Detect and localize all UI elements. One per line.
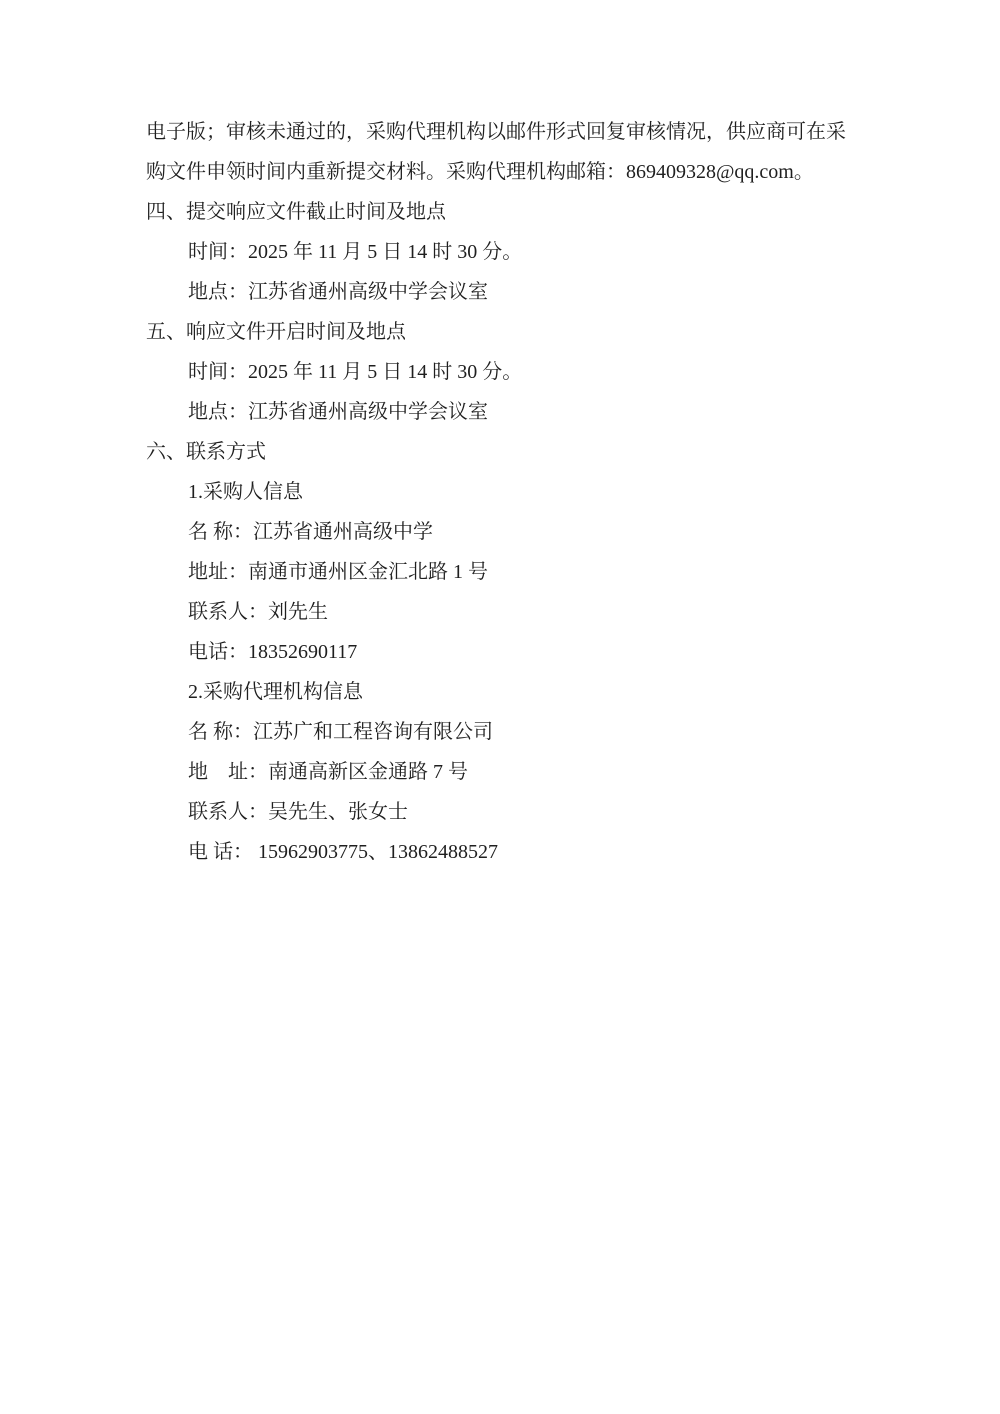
section-5-heading: 五、响应文件开启时间及地点: [146, 312, 856, 352]
section-5-opening-location: 地点：江苏省通州高级中学会议室: [146, 392, 856, 432]
section-4-deadline-location: 地点：江苏省通州高级中学会议室: [146, 272, 856, 312]
agency-contact-person: 联系人：吴先生、张女士: [146, 792, 856, 832]
section-4-heading: 四、提交响应文件截止时间及地点: [146, 192, 856, 232]
section-6-heading: 六、联系方式: [146, 432, 856, 472]
purchaser-info-subheading: 1.采购人信息: [146, 472, 856, 512]
purchaser-contact-person: 联系人：刘先生: [146, 592, 856, 632]
agency-info-subheading: 2.采购代理机构信息: [146, 672, 856, 712]
purchaser-address: 地址：南通市通州区金汇北路 1 号: [146, 552, 856, 592]
section-5-opening-time: 时间：2025 年 11 月 5 日 14 时 30 分。: [146, 352, 856, 392]
agency-name: 名 称：江苏广和工程咨询有限公司: [146, 712, 856, 752]
intro-paragraph-line-1: 电子版；审核未通过的，采购代理机构以邮件形式回复审核情况，供应商可在采: [146, 112, 856, 152]
section-4-deadline-time: 时间：2025 年 11 月 5 日 14 时 30 分。: [146, 232, 856, 272]
intro-paragraph-line-2: 购文件申领时间内重新提交材料。采购代理机构邮箱：869409328@qq.com…: [146, 152, 856, 192]
purchaser-phone: 电话：18352690117: [146, 632, 856, 672]
document-page: 电子版；审核未通过的，采购代理机构以邮件形式回复审核情况，供应商可在采 购文件申…: [0, 0, 1000, 872]
agency-address: 地 址：南通高新区金通路 7 号: [146, 752, 856, 792]
purchaser-name: 名 称：江苏省通州高级中学: [146, 512, 856, 552]
agency-phone: 电 话： 15962903775、13862488527: [146, 832, 856, 872]
